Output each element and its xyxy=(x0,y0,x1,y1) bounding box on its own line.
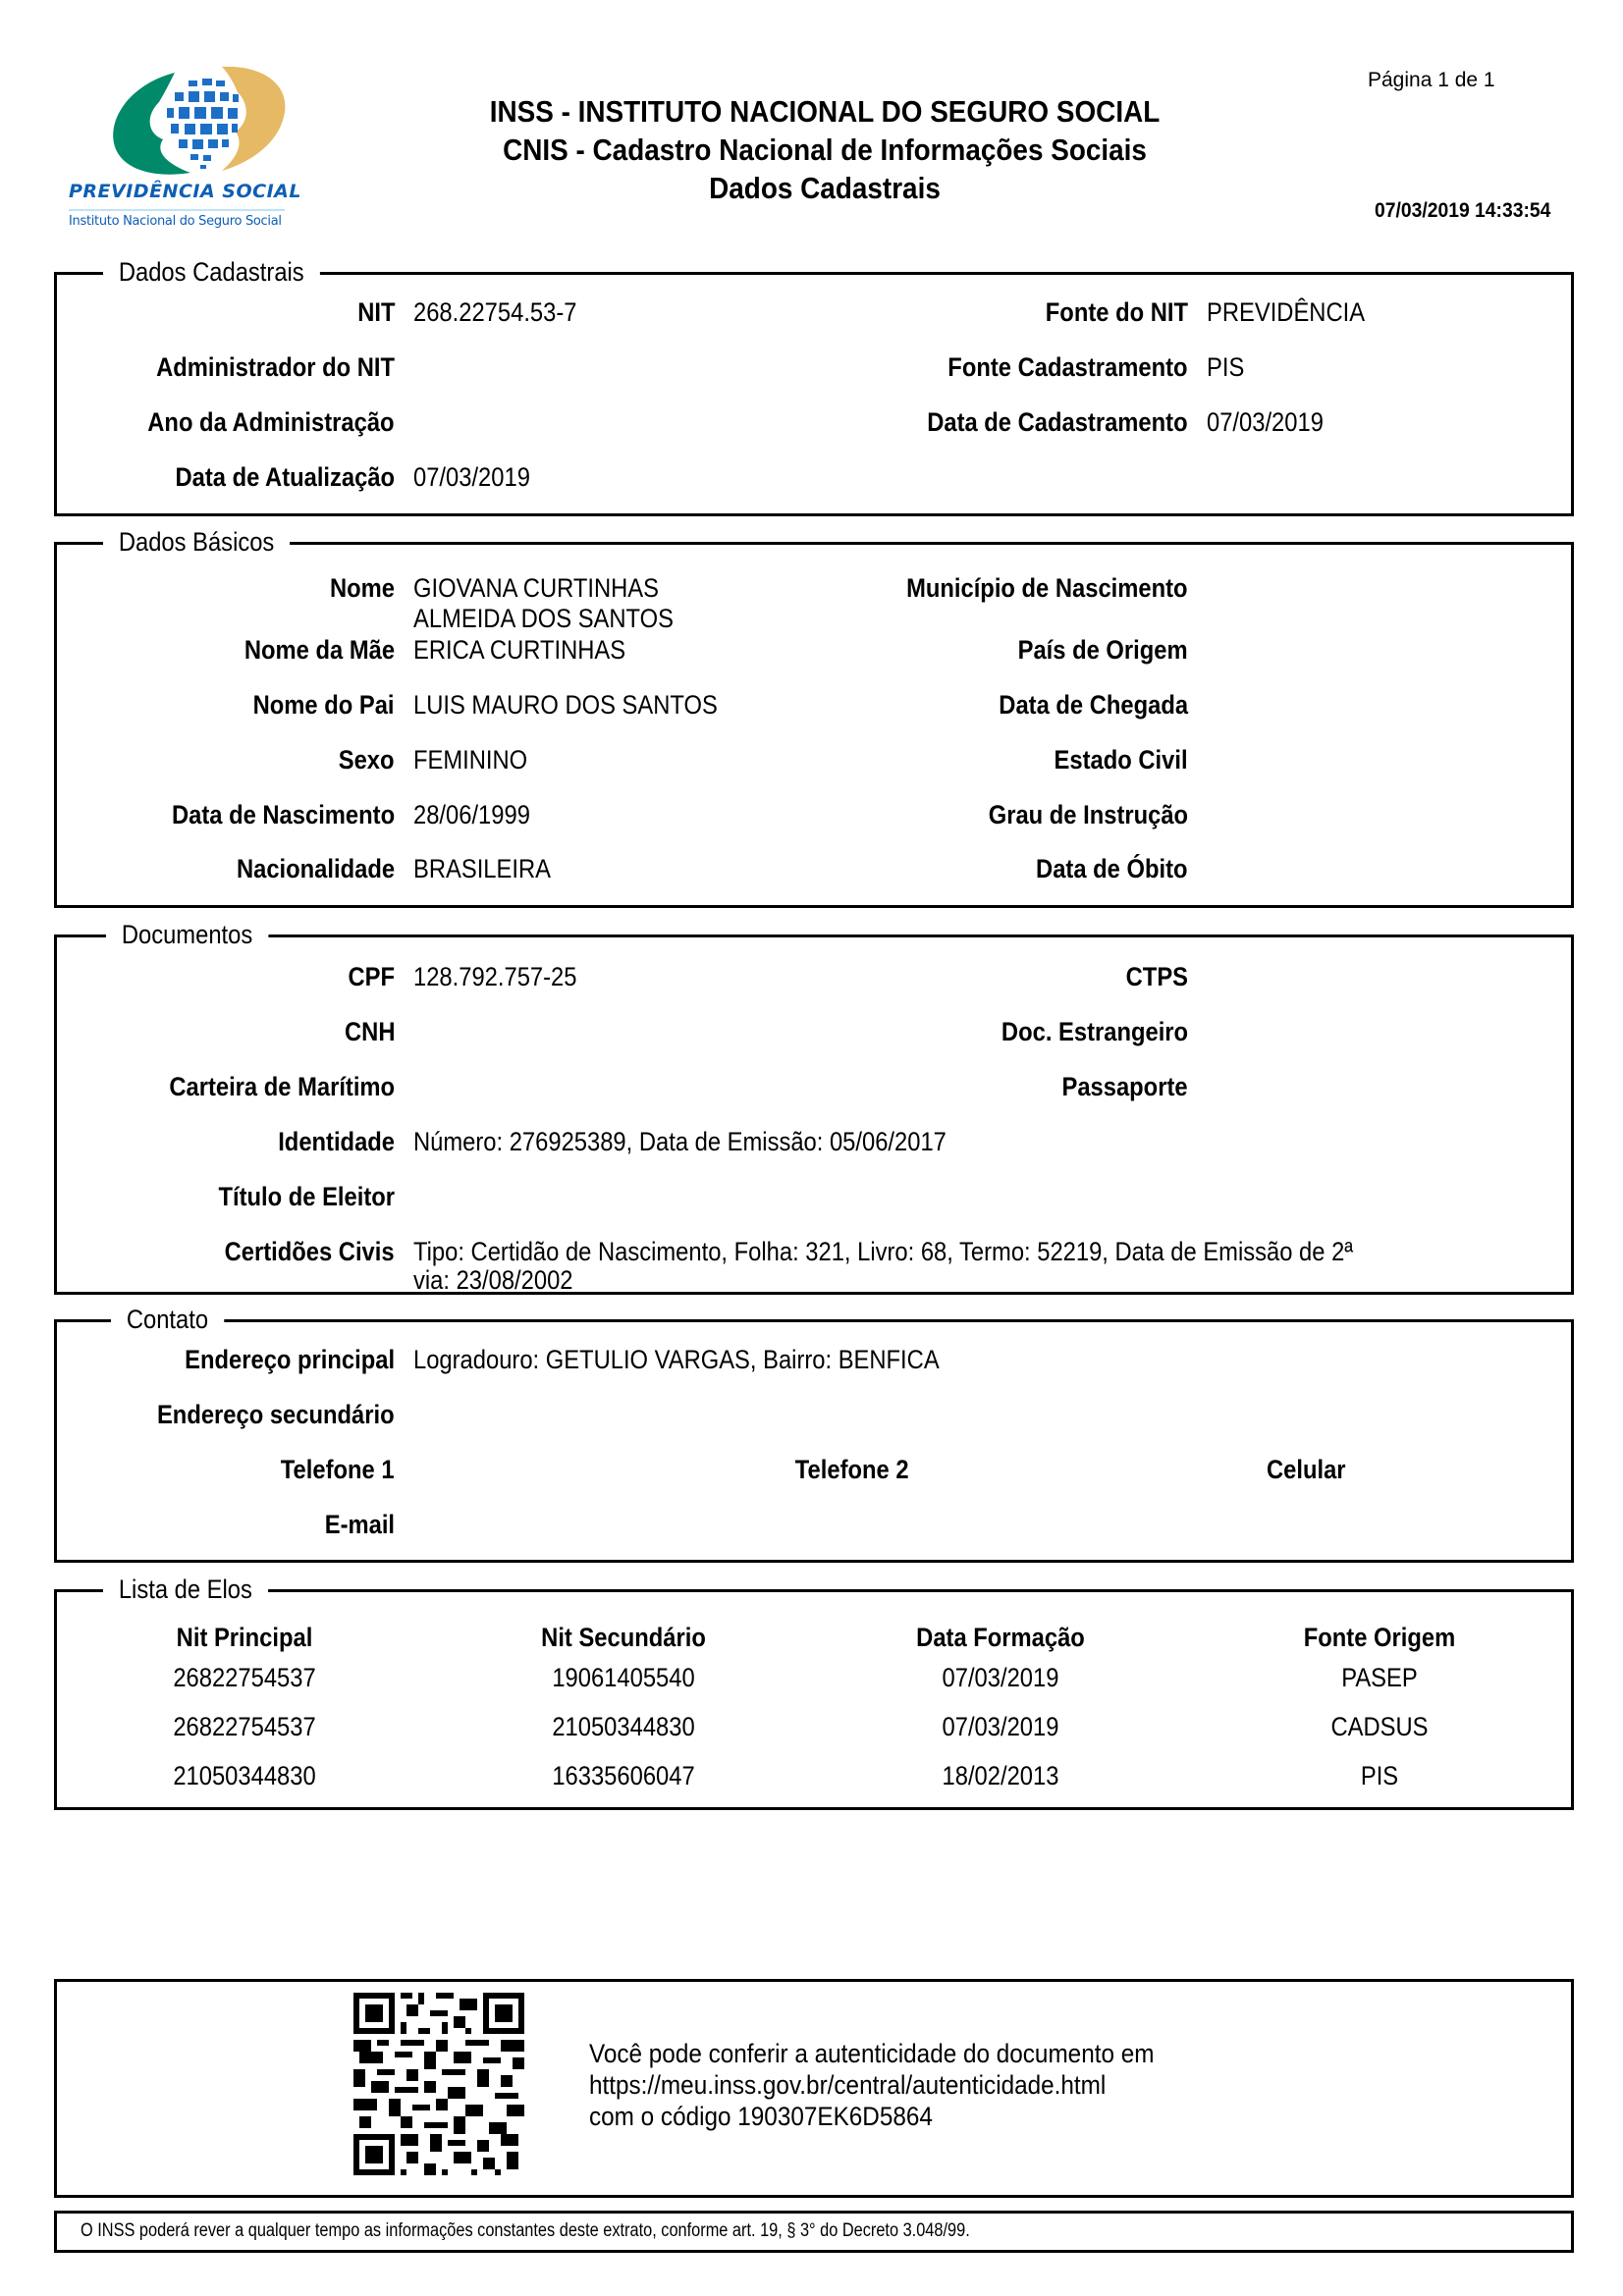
field-label-identidade: Identidade xyxy=(278,1126,395,1157)
field-value-nome-pai: LUIS MAURO DOS SANTOS xyxy=(413,689,718,721)
cell-data-formacao: 07/03/2019 xyxy=(871,1662,1130,1693)
field-value-nome-mae: ERICA CURTINHAS xyxy=(413,634,625,666)
field-value-identidade: Número: 276925389, Data de Emissão: 05/0… xyxy=(413,1126,947,1157)
field-value-certidoes-civis-line2: via: 23/08/2002 xyxy=(413,1264,572,1296)
field-label-fonte-cadastramento: Fonte Cadastramento xyxy=(948,351,1188,383)
qr-code-icon[interactable] xyxy=(353,1993,524,2175)
field-label-data-obito: Data de Óbito xyxy=(1037,853,1188,884)
field-value-cpf: 128.792.757-25 xyxy=(413,961,576,992)
cell-nit-secundario: 16335606047 xyxy=(494,1760,753,1791)
section-legend: Dados Cadastrais xyxy=(103,255,320,289)
previdencia-logo-icon xyxy=(106,65,302,181)
field-value-data-nascimento: 28/06/1999 xyxy=(413,799,530,830)
field-label-grau-instrucao: Grau de Instrução xyxy=(989,799,1188,830)
field-label-endereco-principal: Endereço principal xyxy=(185,1344,395,1375)
field-value-nit: 268.22754.53-7 xyxy=(413,296,576,328)
field-value-certidoes-civis: Tipo: Certidão de Nascimento, Folha: 321… xyxy=(413,1236,1353,1267)
field-label-cnh: CNH xyxy=(345,1016,395,1047)
previdencia-social-logo: PREVIDÊNCIA SOCIAL Instituto Nacional do… xyxy=(67,65,324,238)
section-legend: Lista de Elos xyxy=(103,1573,268,1606)
header-title-cnis: CNIS - Cadastro Nacional de Informações … xyxy=(436,131,1214,169)
section-legend: Documentos xyxy=(106,918,268,951)
field-label-passaporte: Passaporte xyxy=(1062,1071,1188,1102)
field-label-nome-mae: Nome da Mãe xyxy=(244,634,395,666)
field-value-data-cadastramento: 07/03/2019 xyxy=(1207,406,1324,438)
section-legend: Dados Básicos xyxy=(103,525,290,559)
column-header-data-formacao: Data Formação xyxy=(871,1622,1130,1653)
field-value-data-atualizacao: 07/03/2019 xyxy=(413,461,530,493)
logo-brand-text: PREVIDÊNCIA SOCIAL xyxy=(69,181,301,202)
field-label-administrador-nit: Administrador do NIT xyxy=(156,351,395,383)
authenticity-url-link[interactable]: https://meu.inss.gov.br/central/autentic… xyxy=(589,2069,1154,2101)
section-contato: Contato Endereço principal Logradouro: G… xyxy=(54,1319,1574,1563)
field-value-nome: GIOVANA CURTINHAS xyxy=(413,572,659,604)
field-value-nome-line2: ALMEIDA DOS SANTOS xyxy=(413,603,674,634)
authenticity-line1: Você pode conferir a autenticidade do do… xyxy=(589,2038,1154,2069)
field-label-data-atualizacao: Data de Atualização xyxy=(175,461,395,493)
field-label-doc-estrangeiro: Doc. Estrangeiro xyxy=(1001,1016,1188,1047)
field-label-telefone1: Telefone 1 xyxy=(281,1454,395,1485)
field-label-data-nascimento: Data de Nascimento xyxy=(172,799,395,830)
field-value-endereco-principal: Logradouro: GETULIO VARGAS, Bairro: BENF… xyxy=(413,1344,940,1375)
cell-nit-principal: 26822754537 xyxy=(115,1662,374,1693)
field-label-municipio-nascimento: Município de Nascimento xyxy=(907,572,1188,604)
section-documentos: Documentos CPF 128.792.757-25 CNH Cartei… xyxy=(54,934,1574,1295)
field-value-fonte-nit: PREVIDÊNCIA xyxy=(1207,296,1365,328)
footer-disclaimer: O INSS poderá rever a qualquer tempo as … xyxy=(81,2220,970,2242)
issue-timestamp: 07/03/2019 14:33:54 xyxy=(1375,199,1550,223)
cell-fonte-origem: CADSUS xyxy=(1250,1711,1509,1742)
logo-subtitle: Instituto Nacional do Seguro Social xyxy=(69,214,282,229)
header-title-institute: INSS - INSTITUTO NACIONAL DO SEGURO SOCI… xyxy=(436,92,1214,131)
field-value-sexo: FEMININO xyxy=(413,744,527,775)
field-label-celular: Celular xyxy=(1267,1454,1346,1485)
field-label-email: E-mail xyxy=(325,1509,395,1540)
cell-nit-secundario: 21050344830 xyxy=(494,1711,753,1742)
cell-nit-principal: 26822754537 xyxy=(115,1711,374,1742)
section-lista-elos: Lista de Elos Nit Principal Nit Secundár… xyxy=(54,1589,1574,1810)
section-dados-cadastrais: Dados Cadastrais NIT 268.22754.53-7 Admi… xyxy=(54,272,1574,516)
section-dados-basicos: Dados Básicos Nome GIOVANA CURTINHAS ALM… xyxy=(54,542,1574,908)
field-label-fonte-nit: Fonte do NIT xyxy=(1046,296,1188,328)
field-label-nome: Nome xyxy=(330,572,395,604)
cell-fonte-origem: PIS xyxy=(1250,1760,1509,1791)
field-label-endereco-secundario: Endereço secundário xyxy=(157,1399,395,1430)
field-label-data-chegada: Data de Chegada xyxy=(999,689,1188,721)
field-label-titulo-eleitor: Título de Eleitor xyxy=(218,1181,395,1212)
header-title-document: Dados Cadastrais xyxy=(436,169,1214,207)
field-label-estado-civil: Estado Civil xyxy=(1055,744,1188,775)
field-label-telefone2: Telefone 2 xyxy=(795,1454,909,1485)
page-indicator: Página 1 de 1 xyxy=(1368,69,1495,92)
column-header-nit-principal: Nit Principal xyxy=(115,1622,374,1653)
field-label-sexo: Sexo xyxy=(339,744,395,775)
field-label-certidoes-civis: Certidões Civis xyxy=(225,1236,395,1267)
authenticity-text: Você pode conferir a autenticidade do do… xyxy=(589,2038,1154,2132)
field-value-fonte-cadastramento: PIS xyxy=(1207,351,1244,383)
authenticity-code: com o código 190307EK6D5864 xyxy=(589,2101,1154,2132)
field-label-data-cadastramento: Data de Cadastramento xyxy=(928,406,1188,438)
cell-data-formacao: 18/02/2013 xyxy=(871,1760,1130,1791)
field-label-nome-pai: Nome do Pai xyxy=(253,689,395,721)
cell-nit-principal: 21050344830 xyxy=(115,1760,374,1791)
column-header-fonte-origem: Fonte Origem xyxy=(1250,1622,1509,1653)
field-label-cpf: CPF xyxy=(348,961,395,992)
cell-data-formacao: 07/03/2019 xyxy=(871,1711,1130,1742)
column-header-nit-secundario: Nit Secundário xyxy=(494,1622,753,1653)
field-label-ctps: CTPS xyxy=(1126,961,1188,992)
field-label-carteira-maritimo: Carteira de Marítimo xyxy=(169,1071,395,1102)
section-legend: Contato xyxy=(111,1303,224,1336)
field-label-pais-origem: País de Origem xyxy=(1018,634,1188,666)
cell-fonte-origem: PASEP xyxy=(1250,1662,1509,1693)
field-label-nacionalidade: Nacionalidade xyxy=(237,853,395,884)
logo-divider xyxy=(69,209,285,211)
field-label-nit: NIT xyxy=(357,296,395,328)
field-label-ano-administracao: Ano da Administração xyxy=(148,406,395,438)
cell-nit-secundario: 19061405540 xyxy=(494,1662,753,1693)
field-value-nacionalidade: BRASILEIRA xyxy=(413,853,551,884)
